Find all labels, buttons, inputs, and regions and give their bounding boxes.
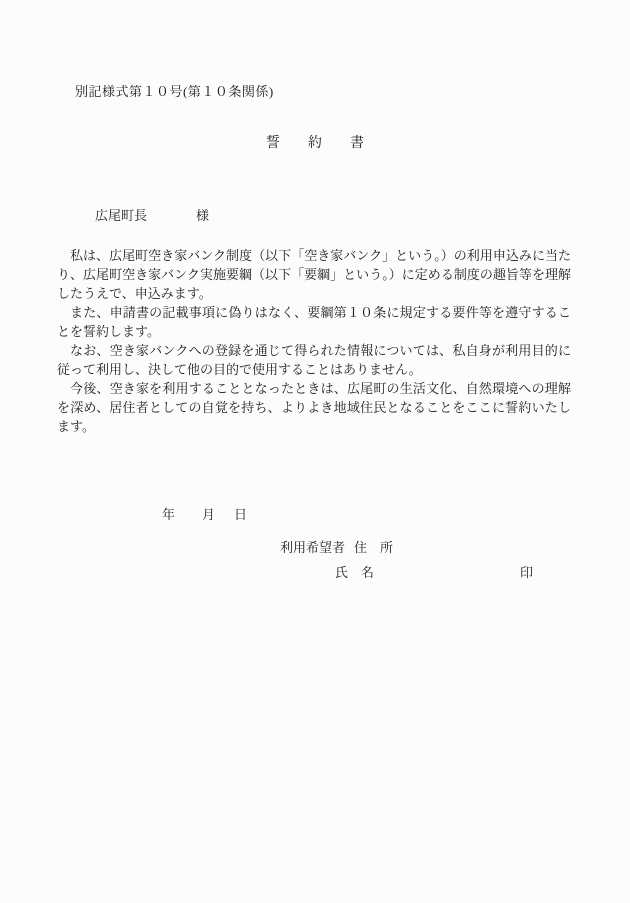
document-page: 別記様式第１０号(第１０条関係) 誓 約 書 広尾町長様 私は、広尾町空き家バン… — [0, 0, 630, 903]
addressee-honorific: 様 — [196, 208, 209, 223]
addressee-line: 広尾町長様 — [82, 189, 209, 240]
date-line: 年月日 — [149, 488, 247, 539]
applicant-label: 利用希望者 — [280, 540, 345, 555]
seal-label: 印 — [520, 562, 533, 581]
date-day-label: 日 — [234, 507, 247, 522]
body-paragraph-privacy: なお、空き家バンクへの登録を通じて得られた情報については、私自身が利用目的に従っ… — [57, 341, 571, 379]
date-year-label: 年 — [162, 507, 175, 522]
applicant-name-label: 氏 名 — [335, 562, 374, 581]
form-number: 別記様式第１０号(第１０条関係) — [75, 81, 274, 100]
address-label: 住 所 — [354, 540, 393, 555]
applicant-address-line: 利用希望者住 所 — [267, 521, 393, 572]
body-paragraph-community: 今後、空き家を利用することとなったときは、広尾町の生活文化、自然環境への理解を深… — [57, 379, 571, 436]
document-body: 私は、広尾町空き家バンク制度（以下「空き家バンク」という。）の利用申込みに当たり… — [57, 246, 571, 436]
addressee-name: 広尾町長 — [95, 208, 147, 223]
body-paragraph-compliance: また、申請書の記載事項に偽りはなく、要綱第１０条に規定する要件等を遵守することを… — [57, 303, 571, 341]
body-paragraph-intent: 私は、広尾町空き家バンク制度（以下「空き家バンク」という。）の利用申込みに当たり… — [57, 246, 571, 303]
document-title: 誓 約 書 — [0, 132, 630, 152]
date-month-label: 月 — [202, 507, 215, 522]
